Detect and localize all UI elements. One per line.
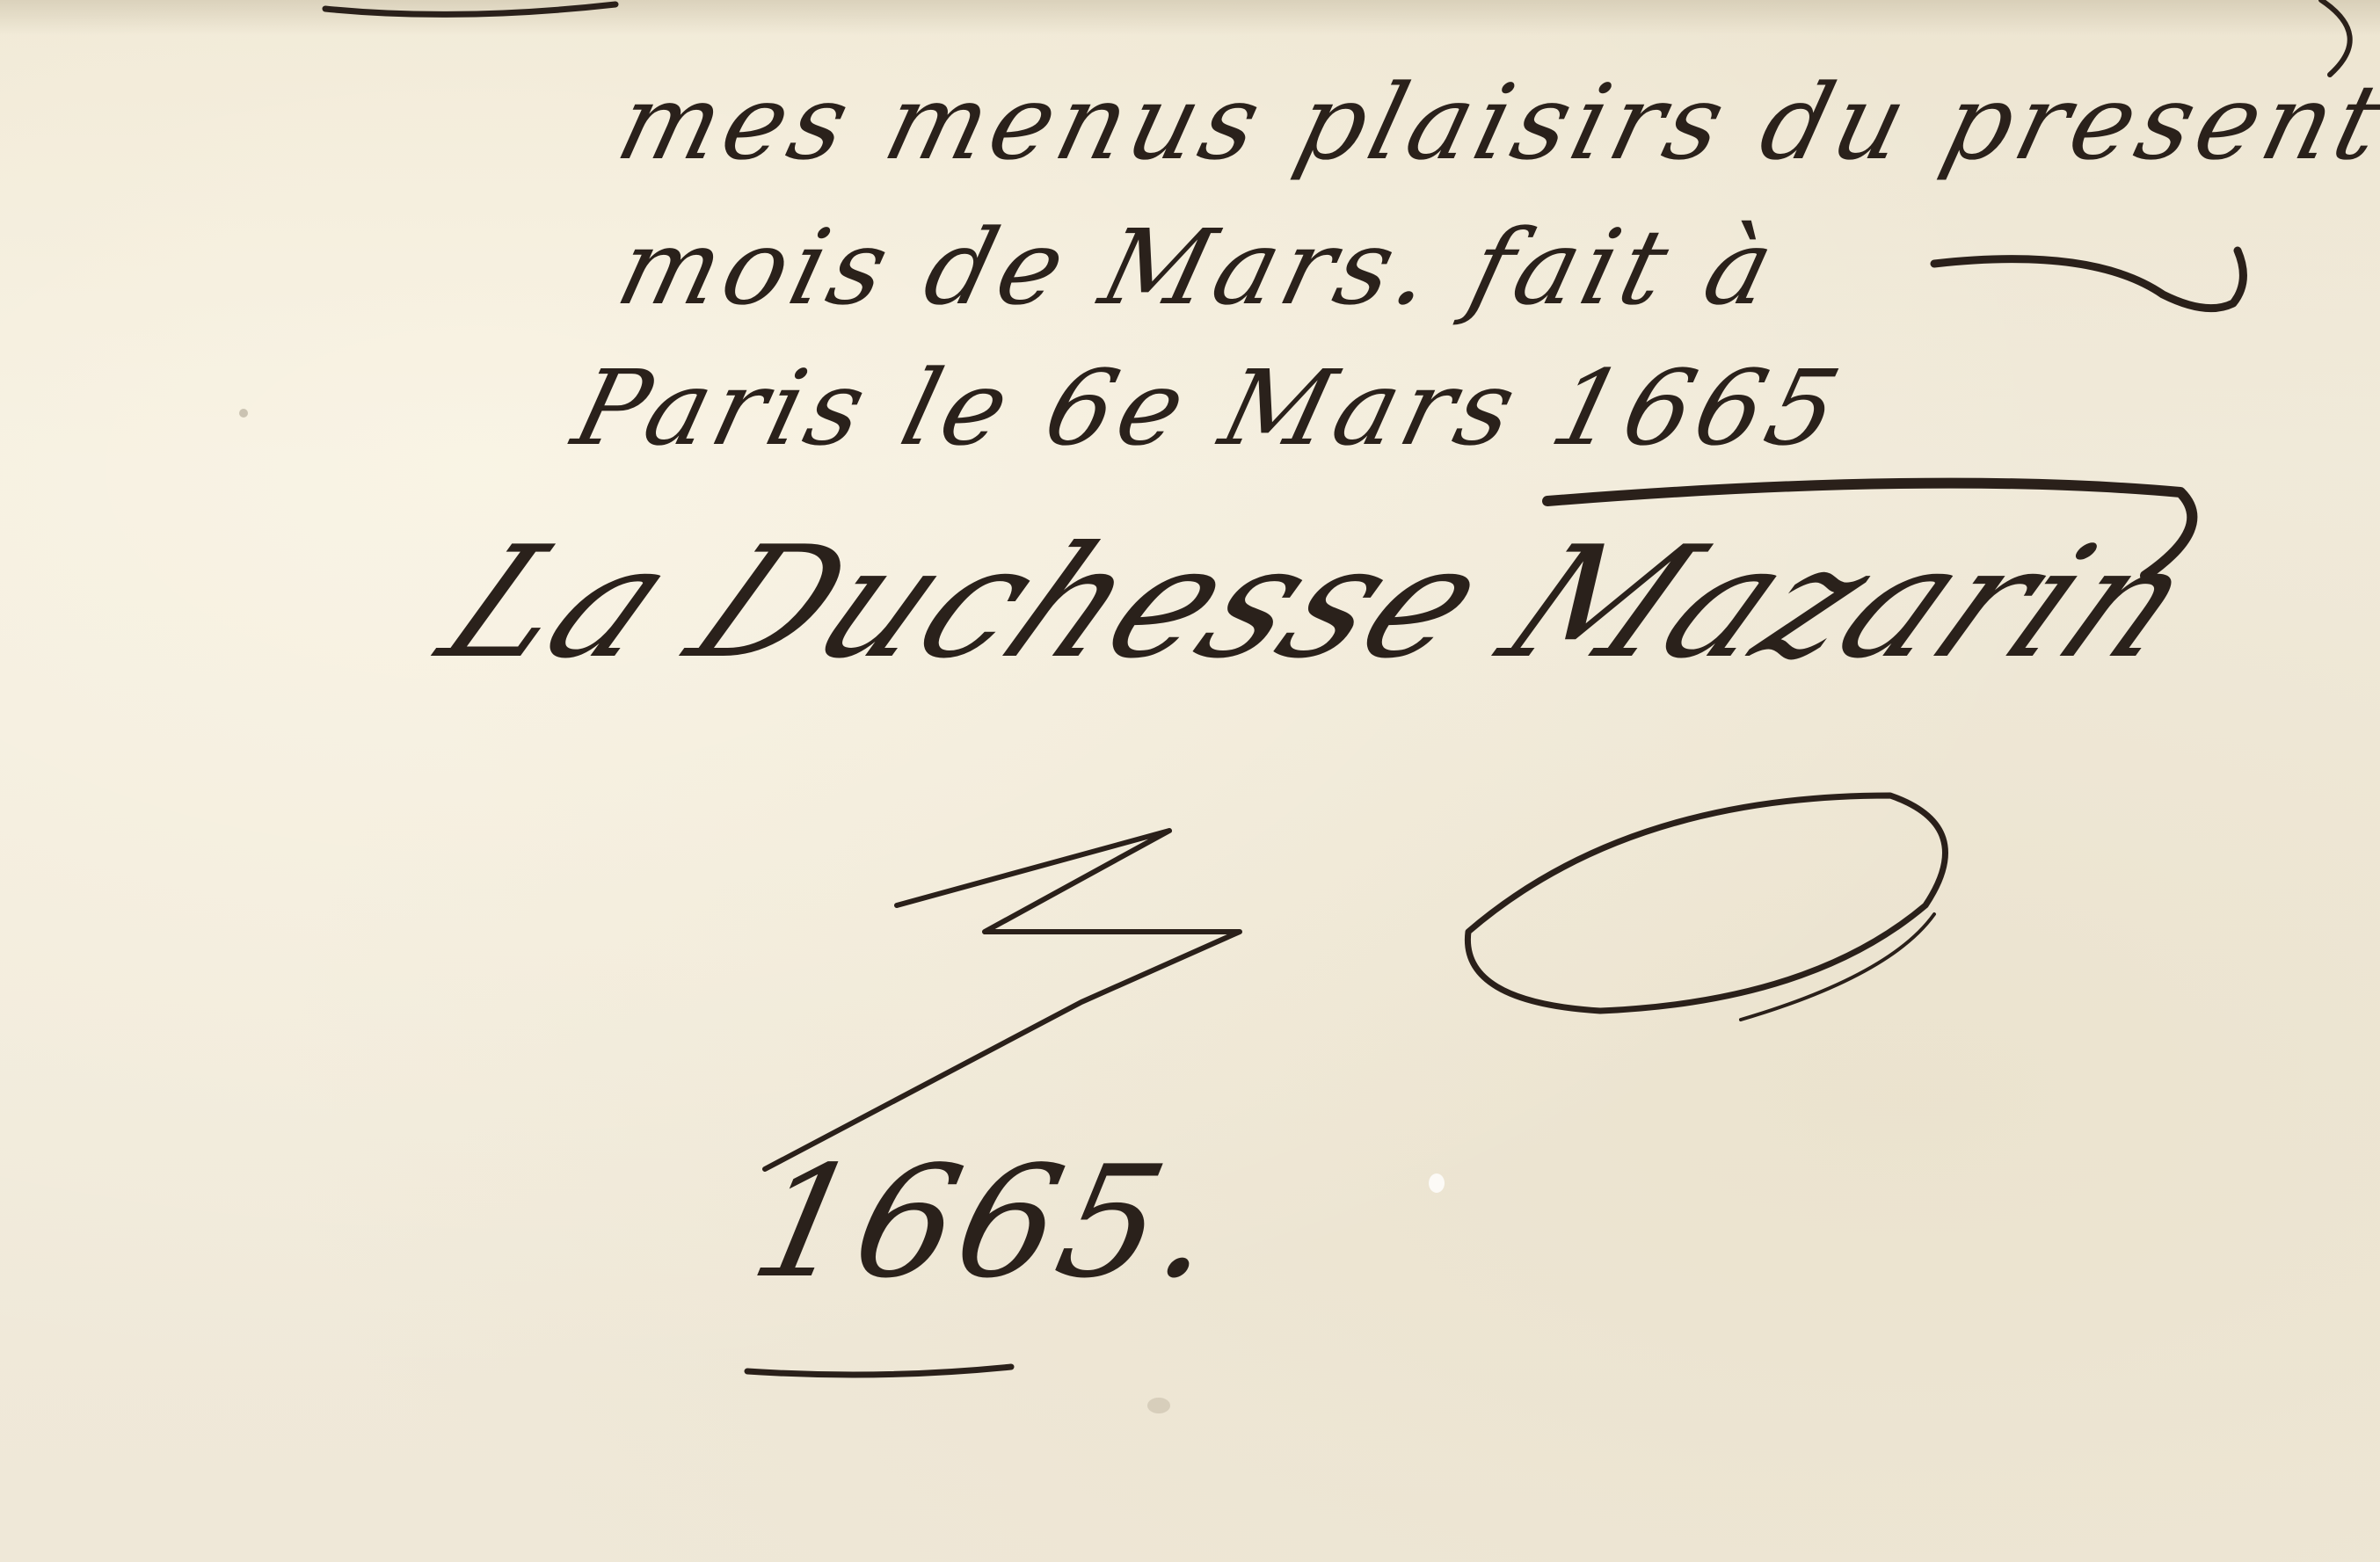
signature: La Duchesse Mazarin (413, 514, 2225, 693)
manuscript-line-1: mes menus plaisirs du present (607, 62, 2380, 183)
year-annotation: 1665. (739, 1134, 1234, 1312)
manuscript-line-2: mois de Mars. fait à (607, 207, 1790, 328)
manuscript-line-3: Paris le 6e Mars 1665 (563, 347, 1856, 469)
